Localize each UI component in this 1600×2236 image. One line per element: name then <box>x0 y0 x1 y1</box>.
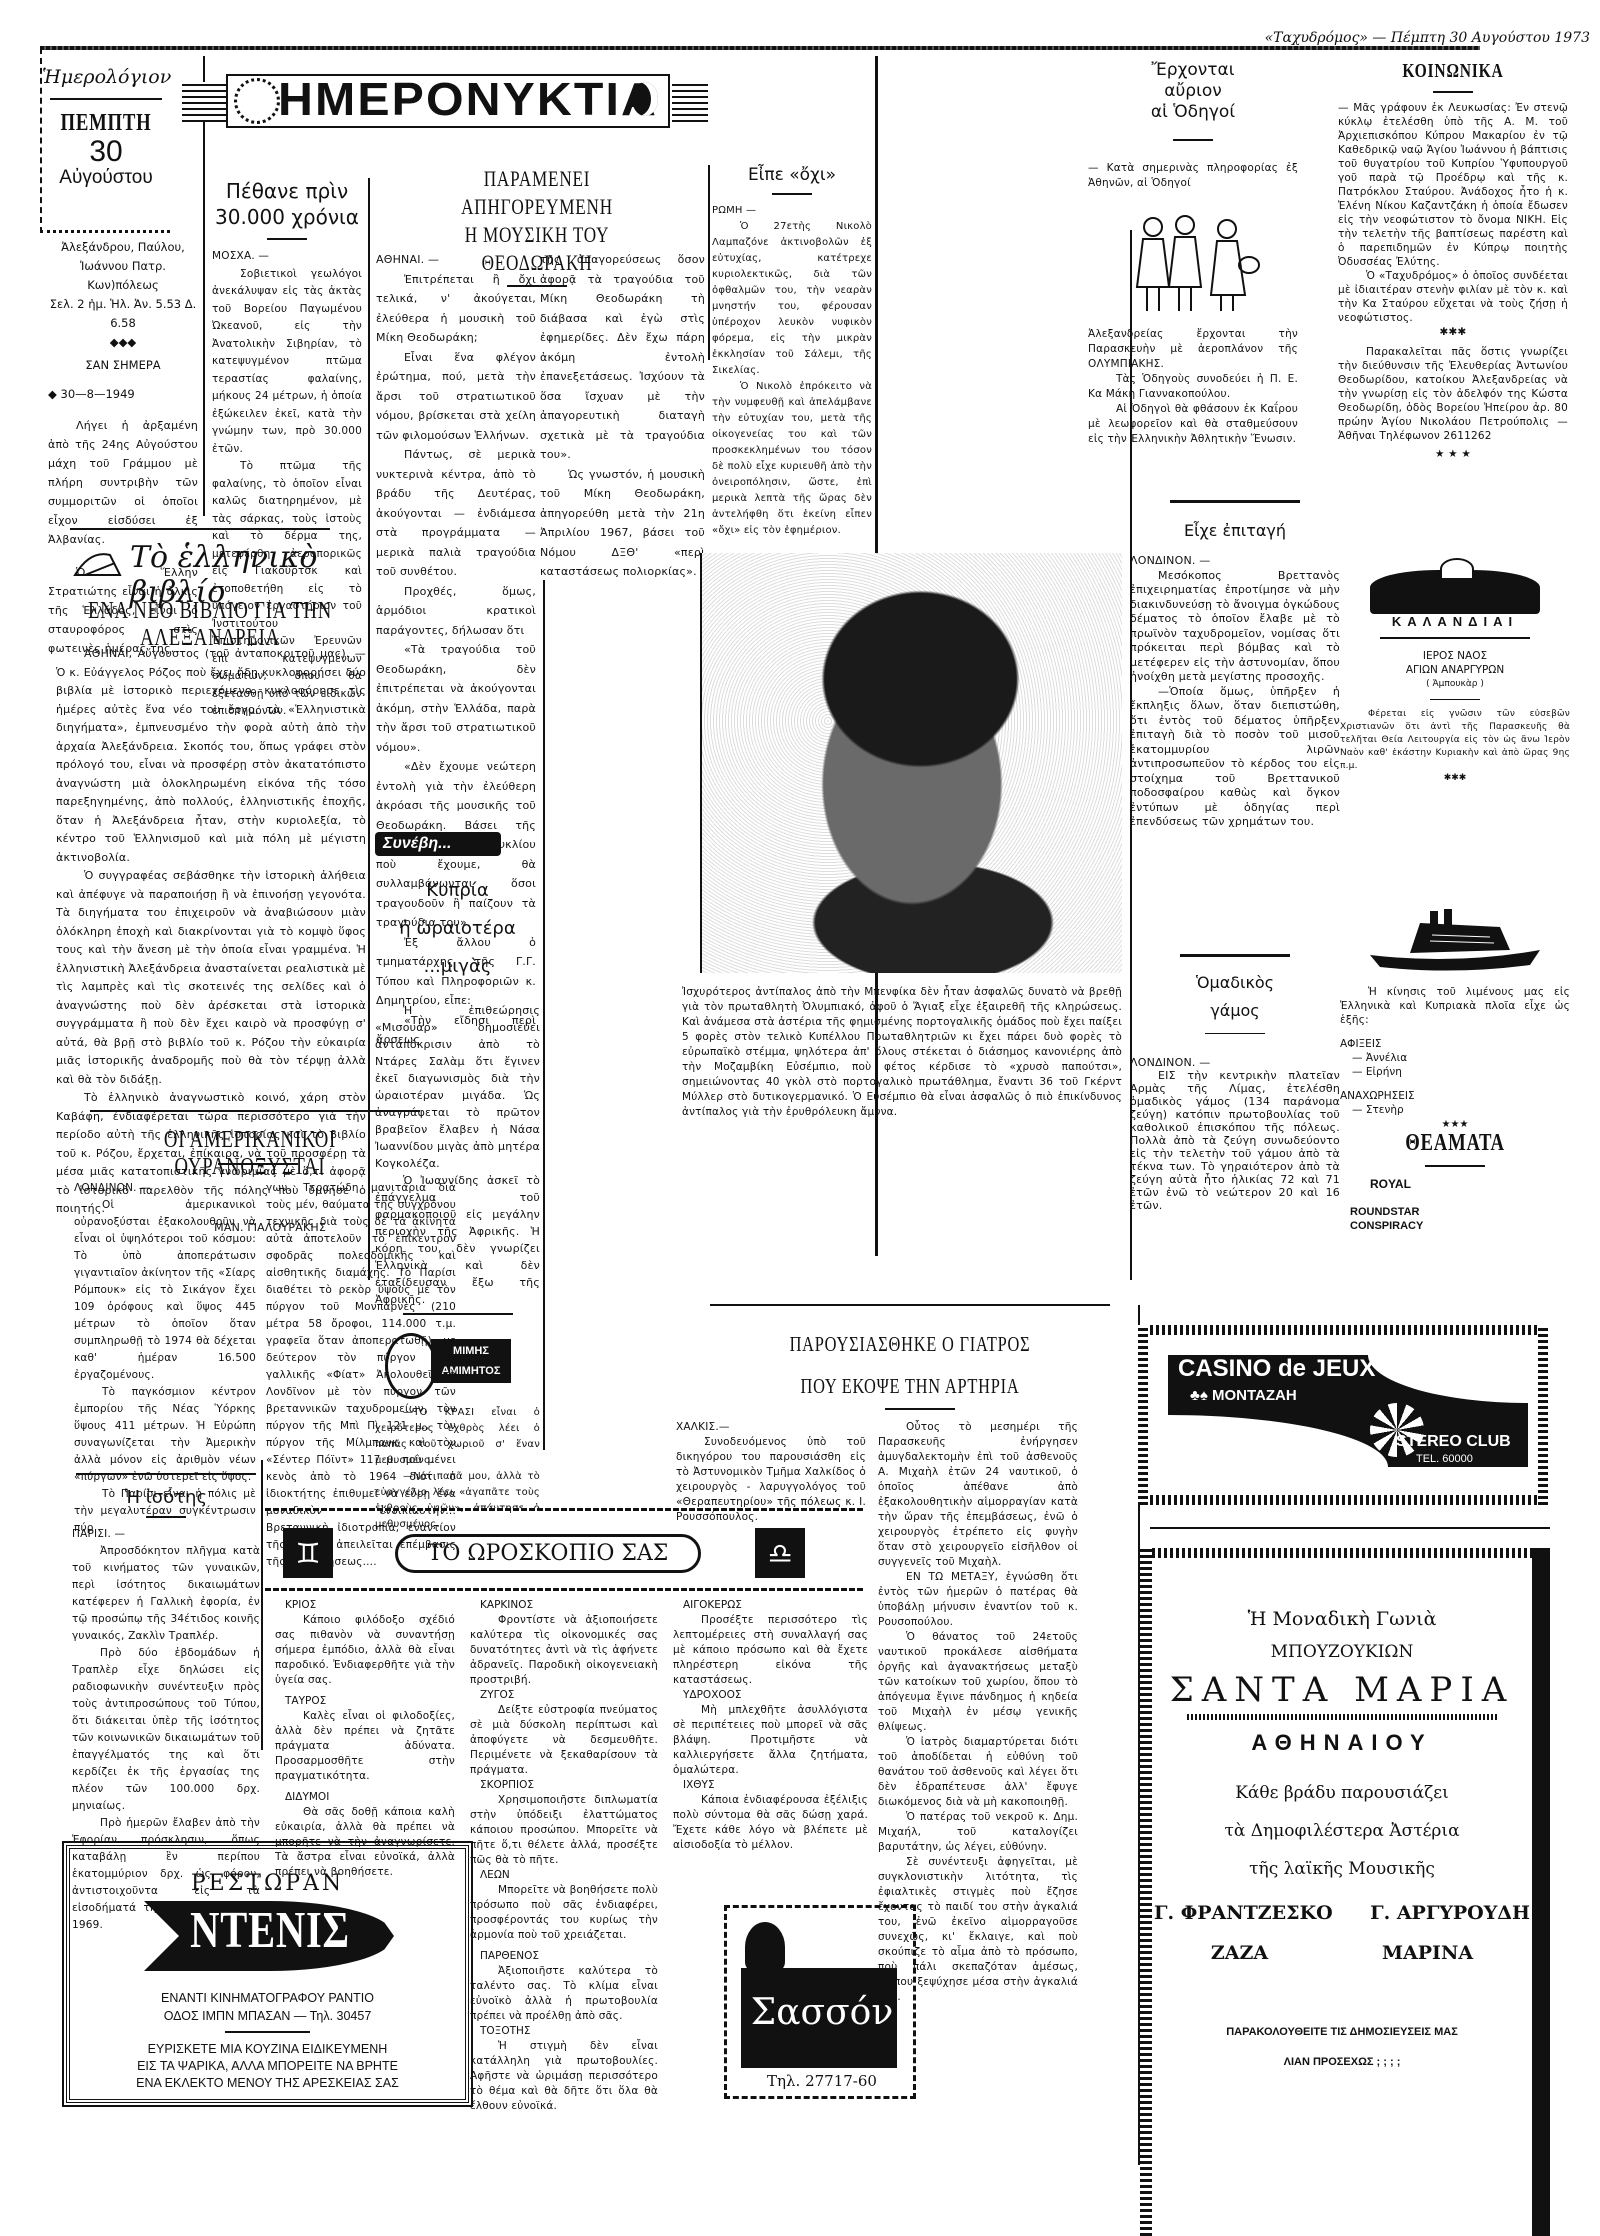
article-title: Κυπρία ἡ ὡραιοτέρα ...μιγὰς <box>375 872 540 986</box>
shows-venue: ROYAL <box>1340 1177 1570 1191</box>
top-border <box>40 46 1480 50</box>
church-banner: ΚΑΛΑΝΔΙΑΙ <box>1340 614 1570 629</box>
article-title: Ἔρχονται αὔριον αἱ Ὁδηγοί <box>1088 60 1298 123</box>
horoscope-sign: ΚΑΡΚΙΝΟΣΦροντίστε νὰ ἀξιοποιήσετε καλύτε… <box>470 1598 658 1688</box>
running-header: «Ταχυδρόμος» — Πέμπτη 30 Αυγούστου 1973 <box>1180 30 1590 46</box>
column-rule <box>261 1460 263 1750</box>
ad-tagline: Ἡ Μοναδικὴ Γωνιὰ <box>1154 1608 1530 1630</box>
casino-club: STEREO CLUB <box>1396 1433 1511 1451</box>
harbour-news: Ἡ κίνησις τοῦ λιμένους μας εἰς Ἑλληνικὰ … <box>1340 905 1570 1233</box>
article-cheque: Εἶχε ἐπιταγή ΛΟΝΔΙΝΟΝ. — Μεσόκοπος Βρεττ… <box>1130 492 1340 830</box>
on-this-day-title: ΣΑΝ ΣΗΜΕΡΑ <box>48 356 198 375</box>
restaurant-name: ΝΤΕΝΙΣ <box>169 1901 372 1960</box>
article-title: Εἶπε «ὄχι» <box>712 165 872 185</box>
horoscope-sign: ΣΚΟΡΠΙΟΣΧρησιμοποιῆστε διπλωματία στὴν ὑ… <box>470 1778 658 1868</box>
ad-tagline-2: ΜΠΟΥΖΟΥΚΙΩΝ <box>1154 1642 1530 1662</box>
calendar-weekday: ΠΕΜΠΤΗ <box>56 110 156 137</box>
section-rule <box>1150 1527 1550 1529</box>
crescent-moon-icon <box>632 82 658 116</box>
article-guides: Ἔρχονται αὔριον αἱ Ὁδηγοί — Κατὰ σημεριν… <box>1088 60 1298 447</box>
restaurant-label: ΡΕΣΤΩΡΑΝ <box>70 1871 465 1896</box>
horoscope-sign: ΙΧΘΥΣΚάποια ἐνδιαφέρουσα ἐξέλιξις πολὺ σ… <box>673 1778 868 1853</box>
restaurant-address: ΕΝΑΝΤΙ ΚΙΝΗΜΑΤΟΓΡΑΦΟΥ ΡΑΝΤΙΟ <box>70 1989 465 2007</box>
church-illustration <box>1370 570 1540 614</box>
church-notice: ΚΑΛΑΝΔΙΑΙ ΙΕΡΟΣ ΝΑΟΣ ΑΓΙΩΝ ΑΝΑΡΓΥΡΩΝ ( Ἀ… <box>1340 570 1570 783</box>
ad-footer: ΠΑΡΑΚΟΛΟΥΘΕΙΤΕ ΤΙΣ ΔΗΜΟΣΙΕΥΣΕΙΣ ΜΑΣ <box>1154 2026 1530 2038</box>
separator: ✱✱✱ <box>1340 773 1570 783</box>
sasson-name: Σασσόν <box>747 1992 897 2033</box>
article-title: Ἡ ἰσότης <box>72 1487 260 1508</box>
card-suits-icon: ♣♠ <box>1190 1387 1212 1404</box>
article-said-no: Εἶπε «ὄχι» ΡΩΜΗ — Ὁ 27ετὴς Νικολὸ Λαμπαζ… <box>712 165 872 539</box>
horoscope-sign: ΤΟΞΟΤΗΣἩ στιγμὴ δὲν εἶναι κατάλληλη γιὰ … <box>470 2024 658 2114</box>
banner-lines-right <box>672 82 708 122</box>
photo-caption: Ἰσχυρότερος ἀντίπαλος ἀπὸ τὴν Μπενφίκα δ… <box>682 985 1122 1120</box>
horoscope-title: ΤΟ ΩΡΟΣΚΟΠΙΟ ΣΑΣ <box>395 1534 701 1573</box>
sun-face-icon <box>234 78 280 124</box>
football-player-photo <box>700 553 1122 973</box>
horoscope-sign: ΛΕΩΝΜπορεῖτε νὰ βοηθήσετε πολὺ πρόσωπο π… <box>470 1868 658 1943</box>
artist: Γ. ΦΡΑΝΤΖΕΣΚΟ <box>1154 1902 1333 1924</box>
banner-lines-left <box>182 82 226 122</box>
article-title: Ὁμαδικὸς γάμος <box>1130 969 1340 1025</box>
section-rule <box>90 1110 420 1112</box>
column-rule <box>543 580 545 1450</box>
banner: ΗΜΕΡΟΝΥΚΤΙΑ <box>182 72 702 128</box>
column-rule <box>368 178 370 520</box>
horoscope-sign: ΠΑΡΘΕΝΟΣἈξιοποιῆστε καλύτερα τὸ ταλέντο … <box>470 1949 658 2024</box>
restaurant-ad: ΡΕΣΤΩΡΑΝ ΝΤΕΝΙΣ ΕΝΑΝΤΙ ΚΙΝΗΜΑΤΟΓΡΑΦΟΥ ΡΑ… <box>66 1845 469 2103</box>
sasson-ad: Σασσόν Τηλ. 27717-60 <box>724 1905 916 2099</box>
casino-title: CASINO de JEUX <box>1178 1355 1375 1383</box>
theodorakis-col2: τῆς ἀπαγορεύσεως ὅσον ἀφορᾷ τὰ τραγούδια… <box>540 250 705 582</box>
separator: ★ ★ ★ <box>1338 447 1568 461</box>
separator: ✱✱✱ <box>1338 325 1568 339</box>
calendar-month: Αὐγούστου <box>42 167 170 189</box>
diamond-icon: ◆ <box>48 387 61 401</box>
horoscope-sign: ΖΥΓΟΣΔείξτε εὐστροφία πνεύματος σὲ μιὰ δ… <box>470 1688 658 1778</box>
column-rule <box>708 165 710 360</box>
casino-ad: CASINO de JEUX ♣♠ MONTAZAH STEREO CLUB T… <box>1138 1325 1548 1505</box>
horoscope-sign: ΥΔΡΟΧΟΟΣΜὴ μπλεχθῆτε ἀσυλλόγιστα σὲ περι… <box>673 1688 868 1778</box>
on-this-day-date: ◆ 30—8—1949 <box>48 385 198 404</box>
shows-title: ΘΕΑΜΑΤΑ <box>1365 1130 1544 1157</box>
girl-guides-illustration <box>1123 207 1263 317</box>
gemini-twins-icon: ♊ <box>283 1528 333 1578</box>
santa-maria-name: ΣΑΝΤΑ ΜΑΡΙΑ <box>1154 1670 1530 1710</box>
ad-footer-2: ΛΙΑΝ ΠΡΟΣΕΧΩΣ ; ; ; ; <box>1154 2056 1530 2068</box>
arrivals-label: ΑΦΙΞΕΙΣ <box>1340 1037 1570 1051</box>
dateline: ΜΟΣΧΑ. — <box>212 248 362 266</box>
horoscope-sign: ΚΡΙΟΣΚάποιο φιλόδοξο σχέδιό σας πιθανὸν … <box>275 1598 455 1688</box>
artist: ΜΑΡΙΝΑ <box>1382 1942 1473 1964</box>
article-wedding: Ὁμαδικὸς γάμος ΛΟΝΔΙΝΟΝ. — ΕΙΣ τὴν κεντρ… <box>1130 946 1340 1212</box>
horoscope-sign: ΑΙΓΟΚΕΡΩΣΠροσέξτε περισσότερο τὶς λεπτομ… <box>673 1598 868 1688</box>
section-rule <box>70 528 330 530</box>
calendar-saints: Ἀλεξάνδρου, Παύλου, Ἰωάννου Πατρ. Κων)πό… <box>48 238 198 295</box>
restaurant-phone: ΟΔΟΣ ΙΜΠΝ ΜΠΑΣΑΝ — Τηλ. 30457 <box>70 2007 465 2025</box>
article-social: ΚΟΙΝΩΝΙΚΑ — Μᾶς γράφουν ἐκ Λευκωσίας: Ἐν… <box>1338 60 1568 461</box>
book-logo: Τὸ ἑλληνικὸ βιβλίο <box>70 540 370 590</box>
ornament: ◆◆◆ <box>48 333 198 352</box>
casino-subtitle: ♣♠ MONTAZAH <box>1190 1387 1297 1404</box>
santa-maria-owner: ΑΘΗΝΑΙΟΥ <box>1154 1730 1530 1756</box>
article-title: ΚΟΙΝΩΝΙΚΑ <box>1363 60 1542 83</box>
calendar-label: Ἡμερολόγιον <box>42 66 170 88</box>
artist: ΖΑΖΑ <box>1211 1942 1268 1964</box>
casino-phone: TEL. 60000 <box>1416 1453 1473 1465</box>
calendar-box: Ἡμερολόγιον ΠΕΜΠΤΗ 30 Αὐγούστου <box>40 48 170 233</box>
article-title: Εἶχε ἐπιταγή <box>1130 521 1340 540</box>
horoscope-sign: ΤΑΥΡΟΣΚαλὲς εἶναι οἱ φιλοδοξίες, ἀλλὰ δὲ… <box>275 1694 455 1784</box>
happened-label: Συνέβη... <box>375 832 501 856</box>
calendar-day: 30 <box>42 137 170 167</box>
calendar-sun-times: Σελ. 2 ἡμ. Ἡλ. Ἀν. 5.53 Δ. 6.58 <box>48 295 198 333</box>
ship-illustration <box>1360 905 1550 975</box>
section-rule <box>710 1304 1110 1306</box>
article-title: Πέθανε πρὶν 30.000 χρόνια <box>212 178 362 230</box>
sasson-phone: Τηλ. 27717-60 <box>737 2072 907 2090</box>
departures-label: ΑΝΑΧΩΡΗΣΕΙΣ <box>1340 1089 1570 1103</box>
skyscrapers-headline: ΟΙ ΑΜΕΡΙΚΑΝΙΚΟΙ ΟΥΡΑΝΟΞΥΣΤΑΙ <box>86 1127 414 1181</box>
artist: Γ. ΑΡΓΥΡΟΥΔΗ <box>1370 1902 1530 1924</box>
doctor-headline: ΠΑΡΟΥΣΙΑΣΘΗΚΕ Ο ΓΙΑΤΡΟΣ ΠΟΥ ΕΚΟΨΕ ΤΗΝ ΑΡ… <box>746 1323 1074 1407</box>
santa-maria-ad: Ἡ Μοναδικὴ Γωνιὰ ΜΠΟΥΖΟΥΚΙΩΝ ΣΑΝΤΑ ΜΑΡΙΑ… <box>1140 1548 1550 2236</box>
book-headline: ΕΝΑ ΝΕΟ ΒΙΒΛΙΟ ΓΙΑ ΤΗΝ ΑΛΕΞΑΝΔΡΕΙΑ <box>70 598 351 652</box>
woman-illustration <box>745 1922 785 1972</box>
libra-scales-icon: ♎ <box>755 1528 805 1578</box>
